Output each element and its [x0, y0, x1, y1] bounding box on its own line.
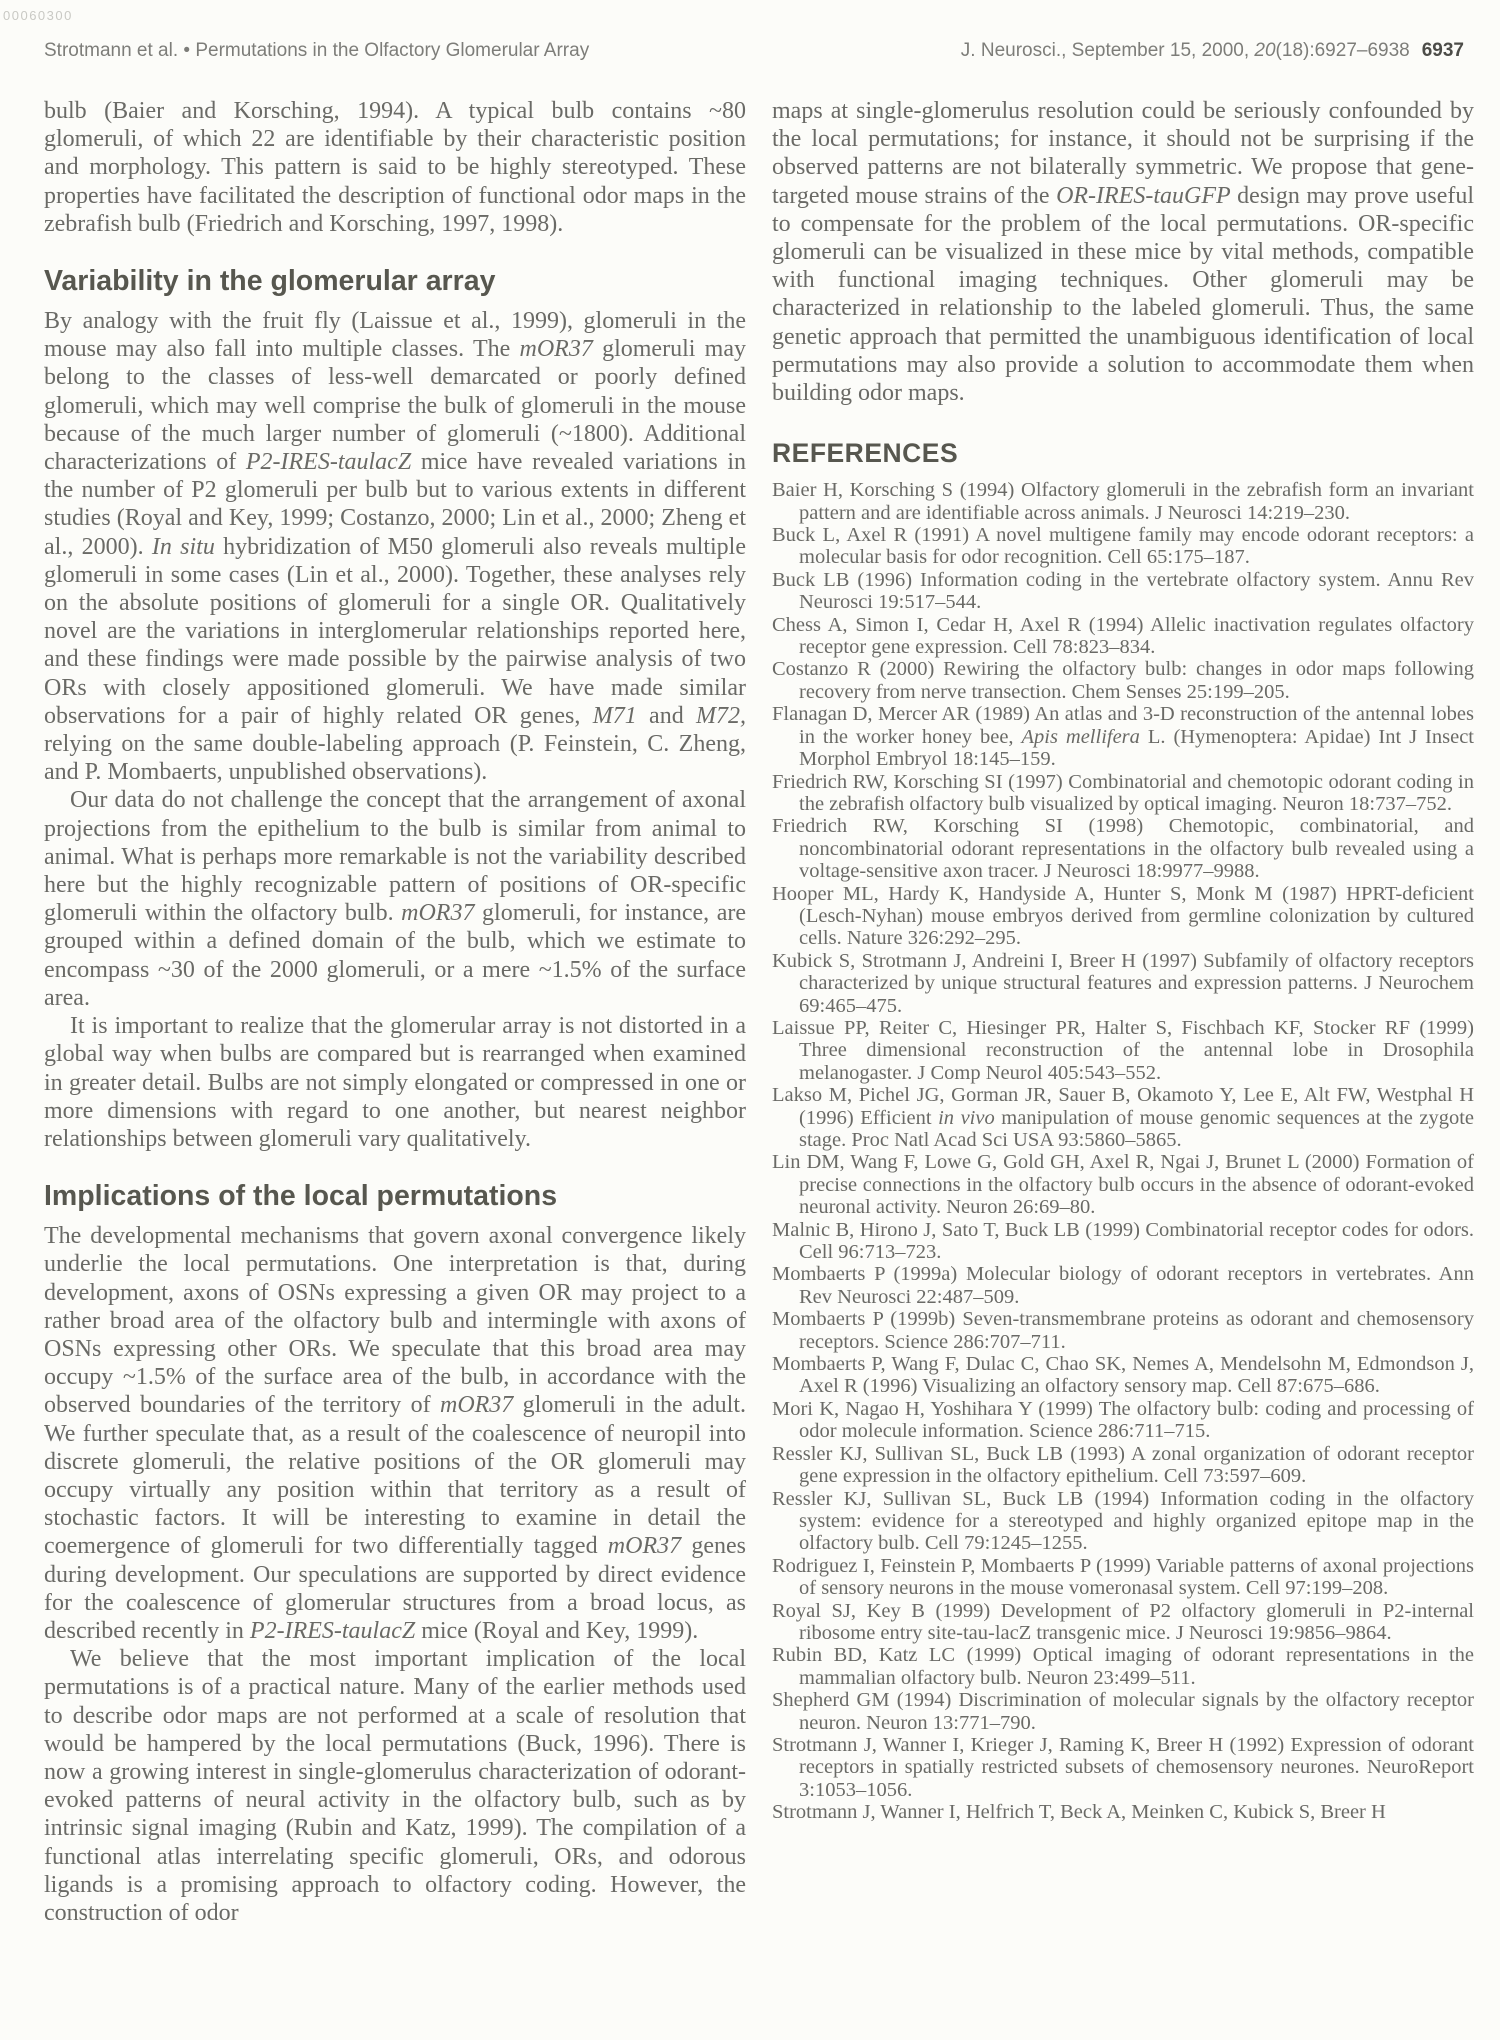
journal-citation: J. Neurosci., September 15, 2000, 20(18)…	[961, 40, 1410, 62]
reference-item: Flanagan D, Mercer AR (1989) An atlas an…	[772, 703, 1474, 770]
body-paragraph: By analogy with the fruit fly (Laissue e…	[44, 307, 746, 786]
reference-item: Rodriguez I, Feinstein P, Mombaerts P (1…	[772, 1555, 1474, 1600]
right-column: maps at single-glomerulus resolution cou…	[772, 97, 1474, 2040]
running-header-left: Strotmann et al. • Permutations in the O…	[44, 40, 589, 62]
reference-item: Friedrich RW, Korsching SI (1998) Chemot…	[772, 815, 1474, 882]
reference-item: Buck LB (1996) Information coding in the…	[772, 569, 1474, 614]
two-column-body: bulb (Baier and Korsching, 1994). A typi…	[44, 97, 1474, 2040]
reference-item: Mori K, Nagao H, Yoshihara Y (1999) The …	[772, 1398, 1474, 1443]
reference-item: Shepherd GM (1994) Discrimination of mol…	[772, 1689, 1474, 1734]
references-heading: REFERENCES	[772, 438, 1474, 469]
page-number: 6937	[1422, 40, 1464, 62]
section-heading: Implications of the local permutations	[44, 1180, 746, 1213]
reference-item: Malnic B, Hirono J, Sato T, Buck LB (199…	[772, 1219, 1474, 1264]
scan-artifact-number: 00060300	[3, 8, 73, 23]
body-paragraph: maps at single-glomerulus resolution cou…	[772, 97, 1474, 407]
body-paragraph: We believe that the most important impli…	[44, 1645, 746, 1927]
reference-item: Costanzo R (2000) Rewiring the olfactory…	[772, 658, 1474, 703]
reference-item: Mombaerts P, Wang F, Dulac C, Chao SK, N…	[772, 1353, 1474, 1398]
reference-item: Lin DM, Wang F, Lowe G, Gold GH, Axel R,…	[772, 1151, 1474, 1218]
running-header-right: J. Neurosci., September 15, 2000, 20(18)…	[961, 40, 1464, 62]
reference-item: Ressler KJ, Sullivan SL, Buck LB (1993) …	[772, 1443, 1474, 1488]
reference-item: Laissue PP, Reiter C, Hiesinger PR, Halt…	[772, 1017, 1474, 1084]
left-column: bulb (Baier and Korsching, 1994). A typi…	[44, 97, 746, 2040]
reference-item: Strotmann J, Wanner I, Krieger J, Raming…	[772, 1734, 1474, 1801]
reference-item: Strotmann J, Wanner I, Helfrich T, Beck …	[772, 1801, 1474, 1823]
reference-item: Baier H, Korsching S (1994) Olfactory gl…	[772, 479, 1474, 524]
body-paragraph: Our data do not challenge the concept th…	[44, 786, 746, 1012]
reference-item: Chess A, Simon I, Cedar H, Axel R (1994)…	[772, 614, 1474, 659]
reference-item: Rubin BD, Katz LC (1999) Optical imaging…	[772, 1644, 1474, 1689]
reference-item: Hooper ML, Hardy K, Handyside A, Hunter …	[772, 883, 1474, 950]
reference-item: Ressler KJ, Sullivan SL, Buck LB (1994) …	[772, 1488, 1474, 1555]
journal-page: 00060300 Strotmann et al. • Permutations…	[0, 0, 1500, 2040]
body-paragraph: bulb (Baier and Korsching, 1994). A typi…	[44, 97, 746, 238]
reference-item: Kubick S, Strotmann J, Andreini I, Breer…	[772, 950, 1474, 1017]
reference-item: Lakso M, Pichel JG, Gorman JR, Sauer B, …	[772, 1084, 1474, 1151]
body-paragraph: It is important to realize that the glom…	[44, 1012, 746, 1153]
reference-item: Royal SJ, Key B (1999) Development of P2…	[772, 1600, 1474, 1645]
reference-item: Mombaerts P (1999b) Seven-transmembrane …	[772, 1308, 1474, 1353]
running-header: Strotmann et al. • Permutations in the O…	[44, 40, 1464, 62]
body-paragraph: The developmental mechanisms that govern…	[44, 1222, 746, 1645]
reference-item: Friedrich RW, Korsching SI (1997) Combin…	[772, 771, 1474, 816]
reference-item: Buck L, Axel R (1991) A novel multigene …	[772, 524, 1474, 569]
reference-item: Mombaerts P (1999a) Molecular biology of…	[772, 1263, 1474, 1308]
section-heading: Variability in the glomerular array	[44, 265, 746, 298]
